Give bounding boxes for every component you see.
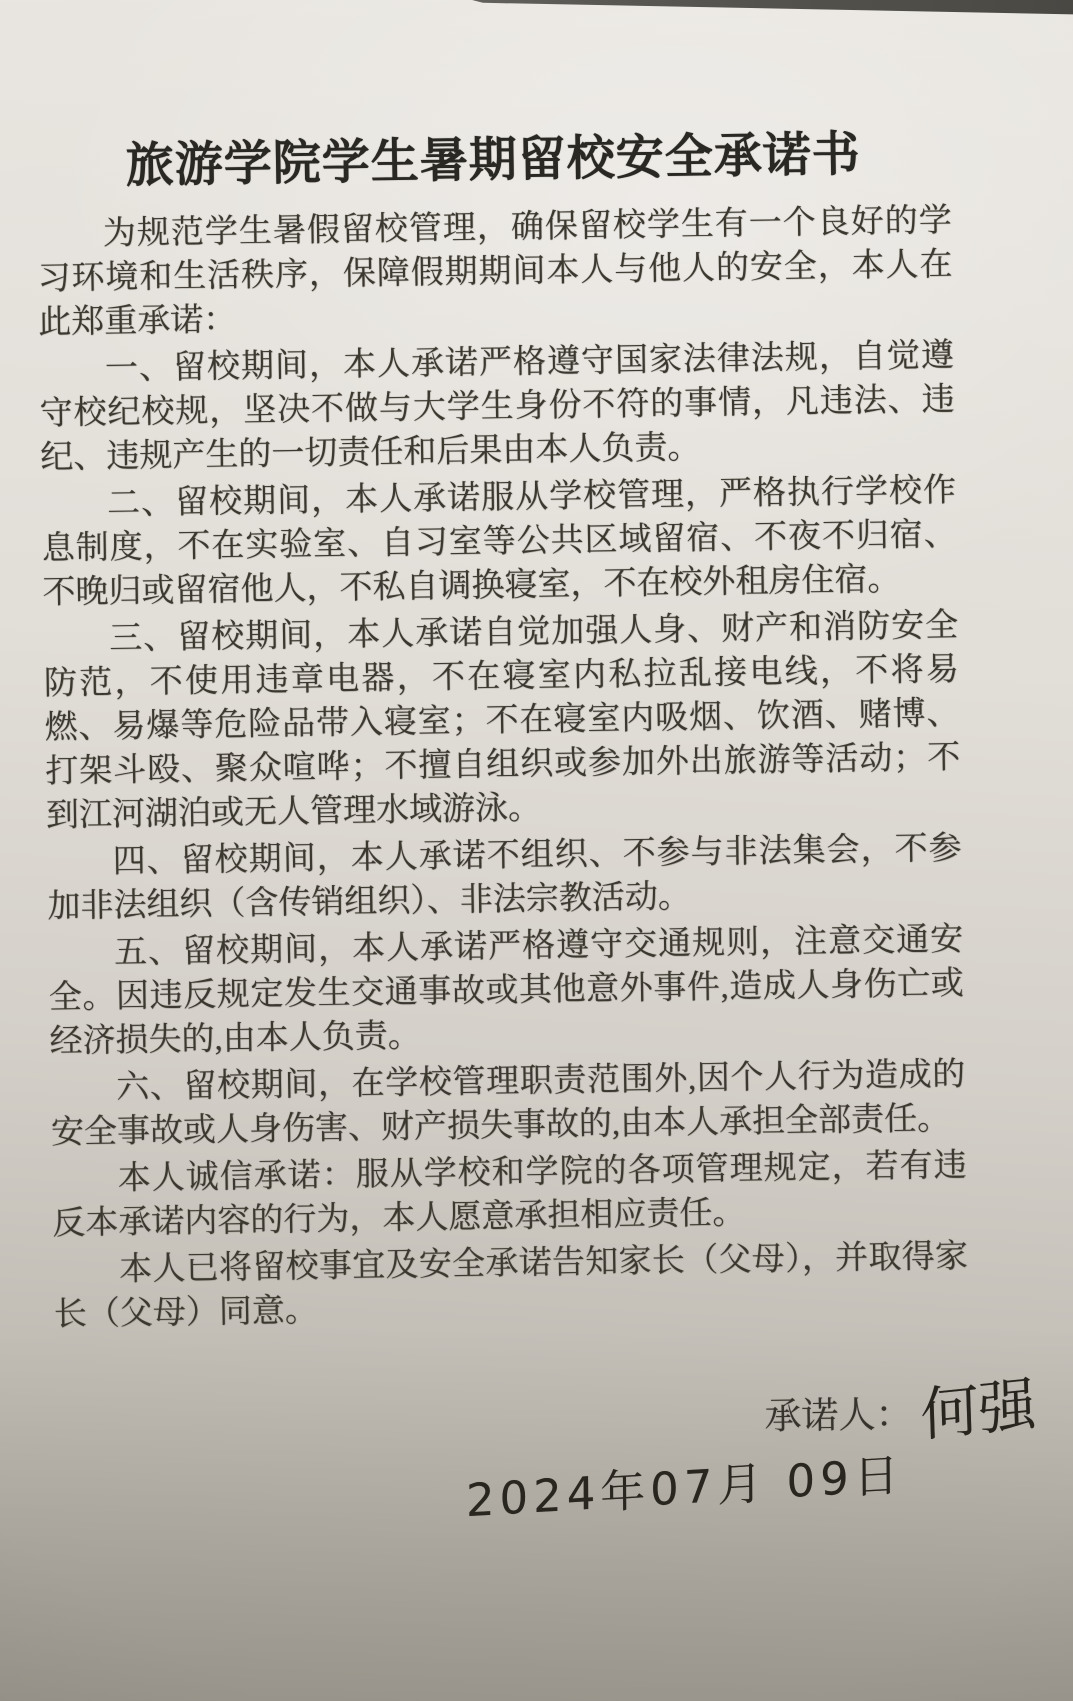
item-1-law-compliance: 一、留校期间，本人承诺严格遵守国家法律法规，自觉遵守校纪校规，坚决不做与大学生身… [39, 334, 956, 480]
date-handwritten: 2024年07月 09日 [465, 1446, 903, 1530]
integrity-pledge-paragraph: 本人诚信承诺：服从学校和学院的各项管理规定，若有违反本承诺内容的行为，本人愿意承… [51, 1144, 967, 1246]
parent-consent-paragraph: 本人已将留校事宜及安全承诺告知家长（父母），并取得家长（父母）同意。 [53, 1235, 969, 1337]
signature-label: 承诺人： [764, 1384, 913, 1440]
document-body: 为规范学生暑假留校管理，确保留校学生有一个良好的学习环境和生活秩序，保障假期期间… [37, 199, 970, 1337]
item-6-personal-liability: 六、留校期间，在学校管理职责范围外,因个人行为造成的安全事故或人身伤害、财产损失… [50, 1053, 966, 1155]
document-title: 旅游学院学生暑期留校安全承诺书 [35, 125, 951, 197]
item-3-safety-fire: 三、留校期间，本人承诺自觉加强人身、财产和消防安全防范，不使用违章电器，不在寝室… [43, 604, 961, 838]
document-photo: 旅游学院学生暑期留校安全承诺书 为规范学生暑假留校管理，确保留校学生有一个良好的… [0, 0, 1073, 1701]
intro-paragraph: 为规范学生暑假留校管理，确保留校学生有一个良好的学习环境和生活秩序，保障假期期间… [37, 199, 954, 345]
item-5-traffic-safety: 五、留校期间，本人承诺严格遵守交通规则，注意交通安全。因违反规定发生交通事故或其… [48, 918, 965, 1064]
date-row: 2024年07月 09日 [56, 1455, 972, 1527]
item-2-dorm-rules: 二、留校期间，本人承诺服从学校管理，严格执行学校作息制度，不在实验室、自习室等公… [41, 469, 958, 615]
signature-name-handwritten: 何强 [920, 1369, 1038, 1451]
commitment-letter: 旅游学院学生暑期留校安全承诺书 为规范学生暑假留校管理，确保留校学生有一个良好的… [33, 0, 972, 1527]
item-4-illegal-assembly: 四、留校期间，本人承诺不组织、不参与非法集会，不参加非法组织（含传销组织）、非法… [46, 827, 962, 929]
